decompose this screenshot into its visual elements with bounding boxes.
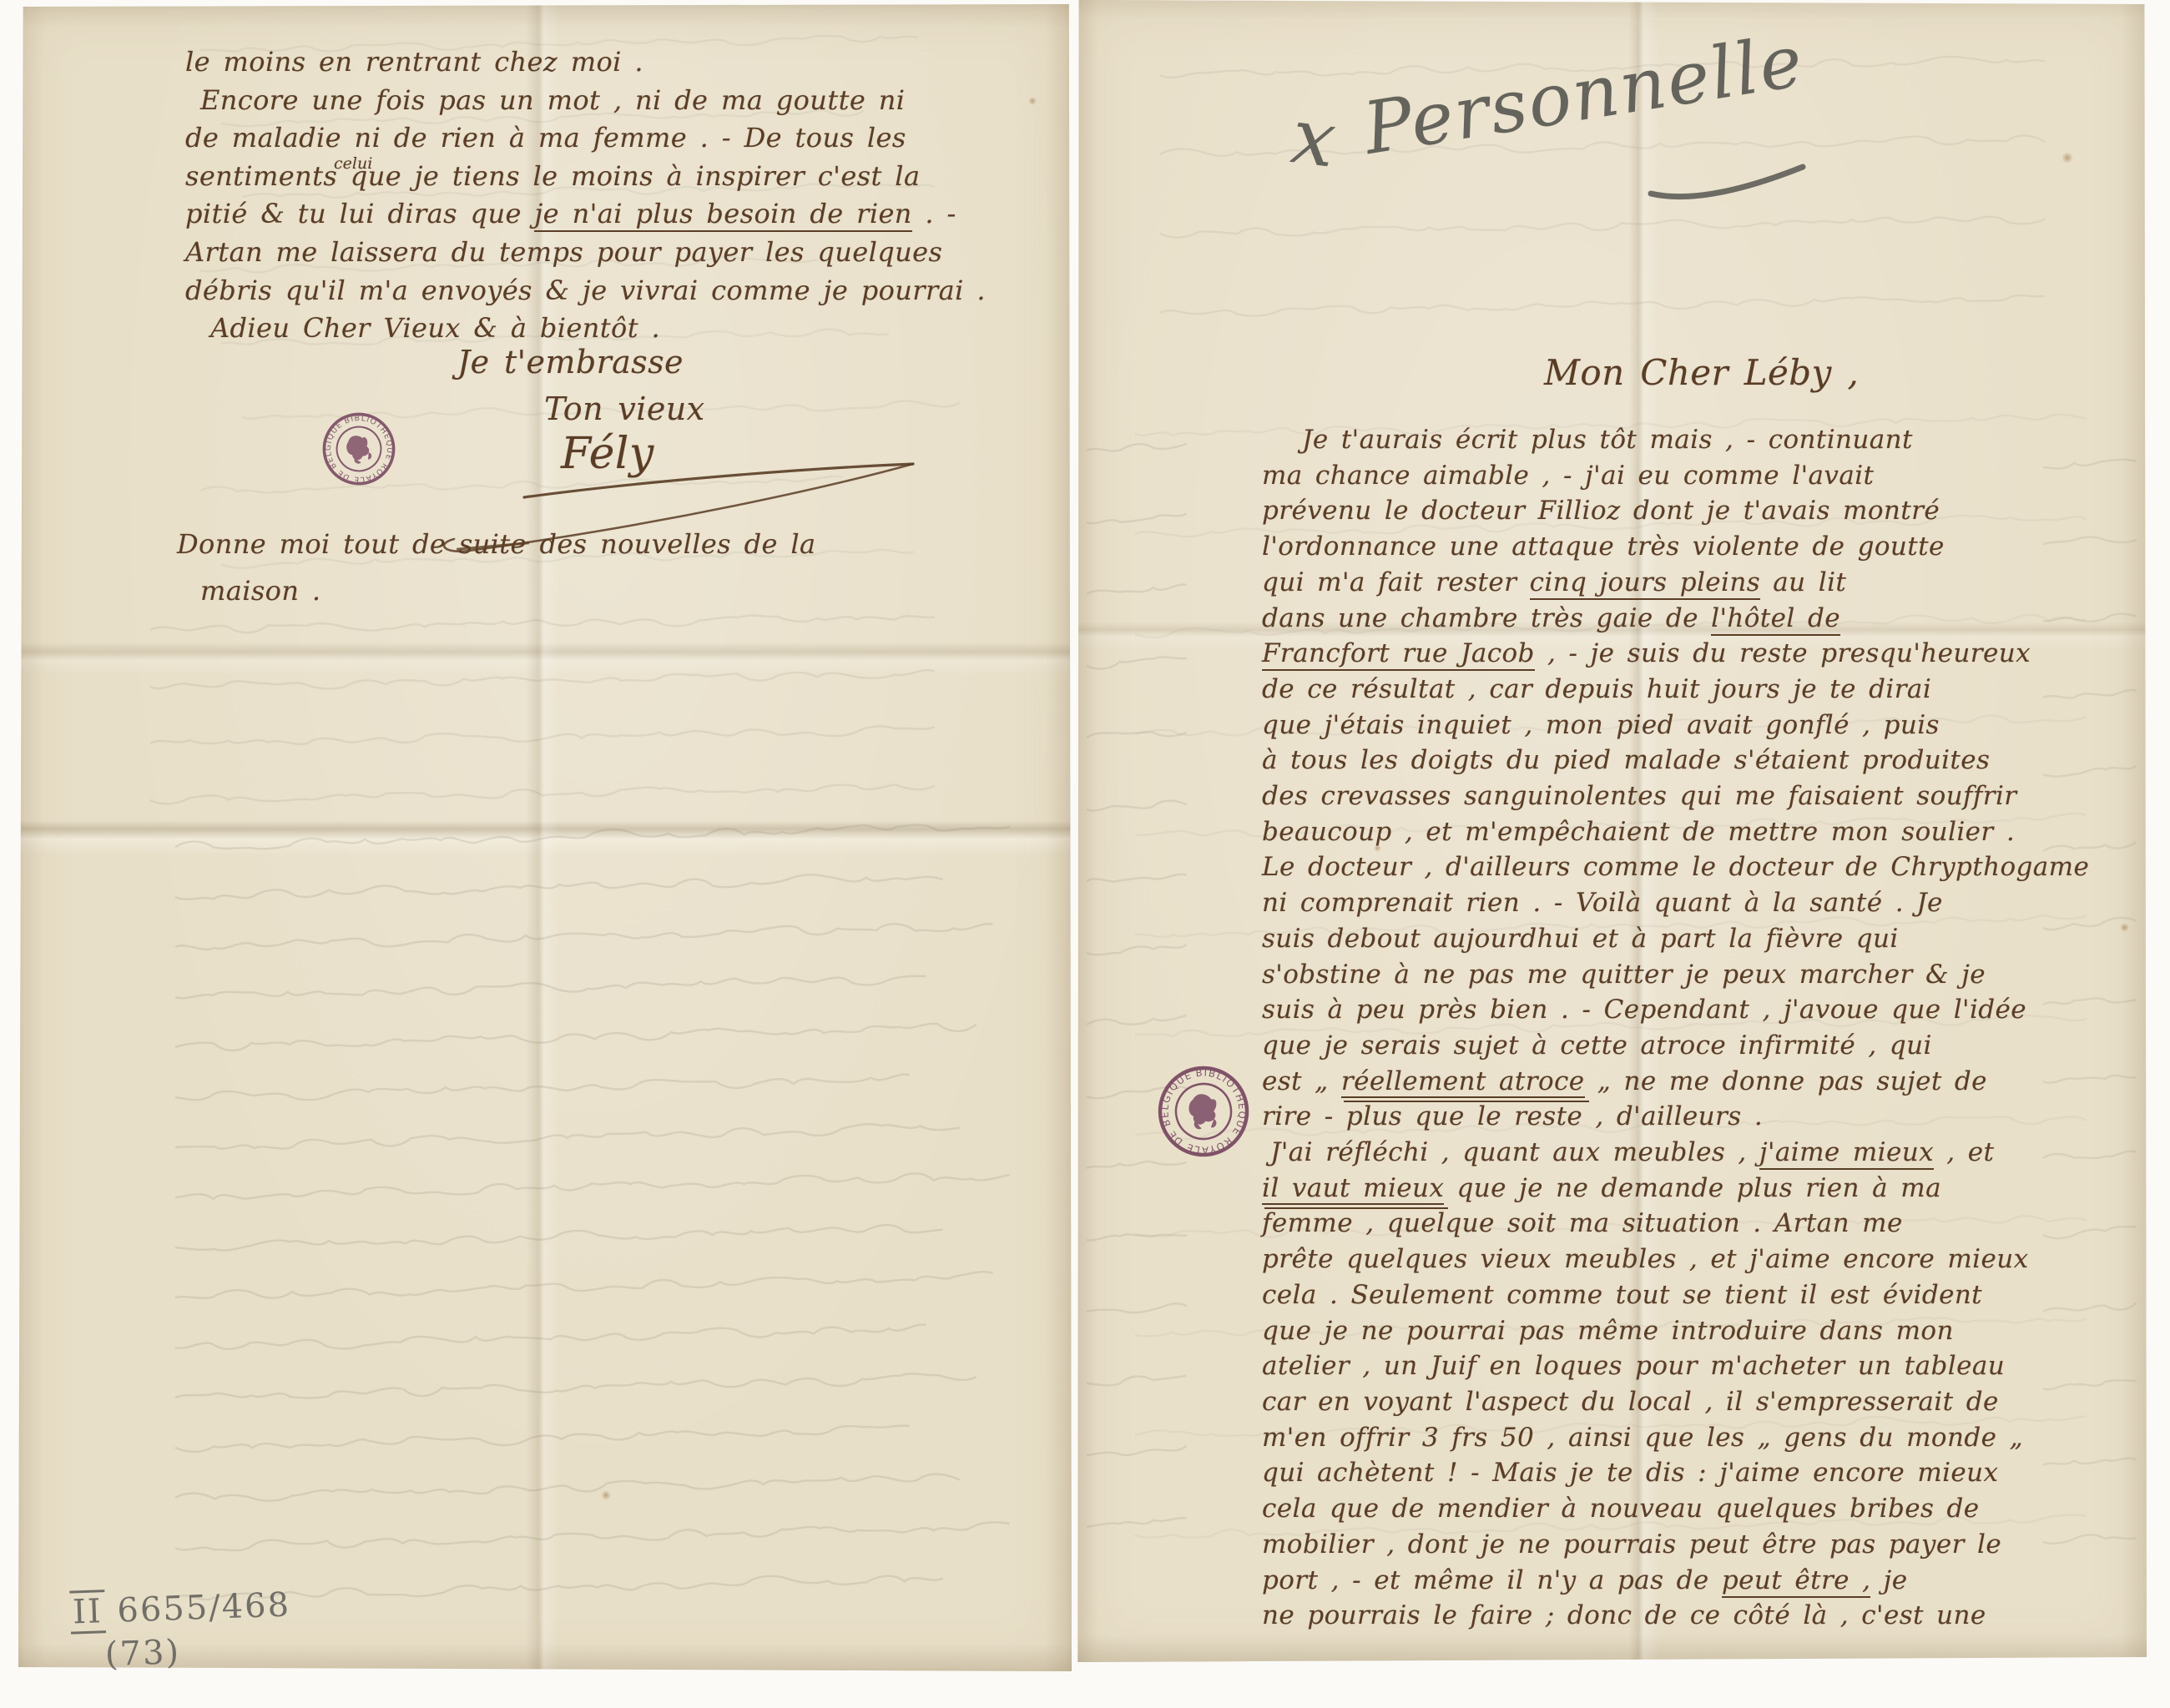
foxing-spot (2061, 152, 2073, 164)
catalog-secondary-number: (73) (104, 1629, 292, 1674)
letter-line: suis à peu près bien . - Cependant , j'a… (1262, 992, 2089, 1028)
letter-line: Donne moi tout de suite des nouvelles de… (177, 521, 815, 567)
letter-line: Le docteur , d'ailleurs comme le docteur… (1262, 849, 2089, 885)
letter-line: que j'étais inquiet , mon pied avait gon… (1262, 708, 2089, 743)
salutation: Mon Cher Léby , (1544, 352, 1859, 393)
letter-line: femme , quelque soit ma situation . Arta… (1262, 1206, 2089, 1242)
letter-line: qui achètent ! - Mais je te dis : j'aime… (1262, 1455, 2089, 1491)
letter-line: l'ordonnance une attaque très violente d… (1262, 529, 2089, 565)
pencil-underline-swash (1636, 150, 1819, 209)
letter-line: suis debout aujourdhui et à part la fièv… (1262, 921, 2089, 957)
letter-line: dans une chambre très gaie de l'hôtel de (1262, 601, 2089, 637)
letter-line: s'obstine à ne pas me quitter je peux ma… (1262, 957, 2089, 993)
letter-line: J'ai réfléchi , quant aux meubles , j'ai… (1262, 1135, 2089, 1171)
letter-line: rire - plus que le reste , d'ailleurs . (1262, 1099, 2089, 1135)
letter-line: Artan me laissera du temps pour payer le… (185, 234, 986, 272)
letter-line: le moins en rentrant chez moi . (185, 43, 986, 82)
letter-line: mobilier , dont je ne pourrais peut être… (1262, 1527, 2089, 1563)
letter-line: atelier , un Juif en loques pour m'achet… (1262, 1348, 2089, 1384)
letter-line: port , - et même il n'y a pas de peut êt… (1262, 1563, 2089, 1599)
letter-line: qui m'a fait rester cinq jours pleins au… (1262, 565, 2089, 601)
letter-line: Adieu Cher Vieux & à bientôt . (185, 310, 986, 348)
letter-line: ma chance aimable , - j'ai eu comme l'av… (1262, 458, 2089, 494)
letter-line: Encore une fois pas un mot , ni de ma go… (185, 82, 986, 120)
postscript-text: Donne moi tout de suite des nouvelles de… (177, 521, 815, 614)
letter-line: ni comprenait rien . - Voilà quant à la … (1262, 885, 2089, 921)
letter-line: est „ réellement atroce „ ne me donne pa… (1262, 1064, 2089, 1100)
letter-line: de ce résultat , car depuis huit jours j… (1262, 672, 2089, 708)
letter-line: maison . (177, 567, 815, 614)
letter-line: prévenu le docteur Fillioz dont je t'ava… (1262, 493, 2089, 529)
library-stamp-icon: BIBLIOTHÈQUE ROYALE DE BELGIQUE · (1144, 1052, 1263, 1171)
manuscript-photo: le moins en rentrant chez moi .Encore un… (0, 0, 2170, 1708)
letter-line: ne pourrais le faire ; donc de ce côté l… (1262, 1598, 2089, 1634)
interlinear-insertion: celui (334, 145, 372, 184)
letter-line: Francfort rue Jacob , - je suis du reste… (1262, 636, 2089, 672)
letter-line: sentiments que je tiens le moins à inspi… (185, 158, 986, 196)
letter-line: Je t'aurais écrit plus tôt mais , - cont… (1262, 422, 2089, 458)
letter-line: de maladie ni de rien à ma femme . - De … (185, 119, 986, 158)
closing-line: Je t'embrasse (457, 344, 684, 380)
letter-line: m'en offrir 3 frs 50 , ainsi que les „ g… (1262, 1420, 2089, 1456)
left-page-body-text: le moins en rentrant chez moi .Encore un… (185, 43, 986, 348)
letter-line: cela que de mendier à nouveau quelques b… (1262, 1491, 2089, 1527)
letter-line: que je serais sujet à cette atroce infir… (1262, 1028, 2089, 1064)
letter-line: pitié & tu lui diras que je n'ai plus be… (185, 195, 986, 234)
letter-line: à tous les doigts du pied malade s'étaie… (1262, 743, 2089, 778)
letter-line: prête quelques vieux meubles , et j'aime… (1262, 1242, 2089, 1277)
letter-line: cela . Seulement comme tout se tient il … (1262, 1277, 2089, 1313)
foxing-spot (2120, 923, 2129, 932)
catalog-number: II 6655/468 (73) (69, 1585, 292, 1675)
closing-line: Ton vieux (544, 390, 704, 427)
letter-line: débris qu'il m'a envoyés & je vivrai com… (185, 272, 986, 310)
letter-line: que je ne pourrai pas même introduire da… (1262, 1313, 2089, 1349)
letter-line: car en voyant l'aspect du local , il s'e… (1262, 1384, 2089, 1420)
letter-line: beaucoup , et m'empêchaient de mettre mo… (1262, 814, 2089, 850)
catalog-roman-numeral: II (69, 1590, 105, 1634)
letter-line: il vaut mieux que je ne demande plus rie… (1262, 1171, 2089, 1207)
foxing-spot (601, 1490, 611, 1500)
foxing-spot (1028, 97, 1037, 105)
signature: Fély (561, 429, 654, 479)
letter-line: des crevasses sanguinolentes qui me fais… (1262, 778, 2089, 814)
right-page-body-text: Je t'aurais écrit plus tôt mais , - cont… (1262, 422, 2089, 1634)
